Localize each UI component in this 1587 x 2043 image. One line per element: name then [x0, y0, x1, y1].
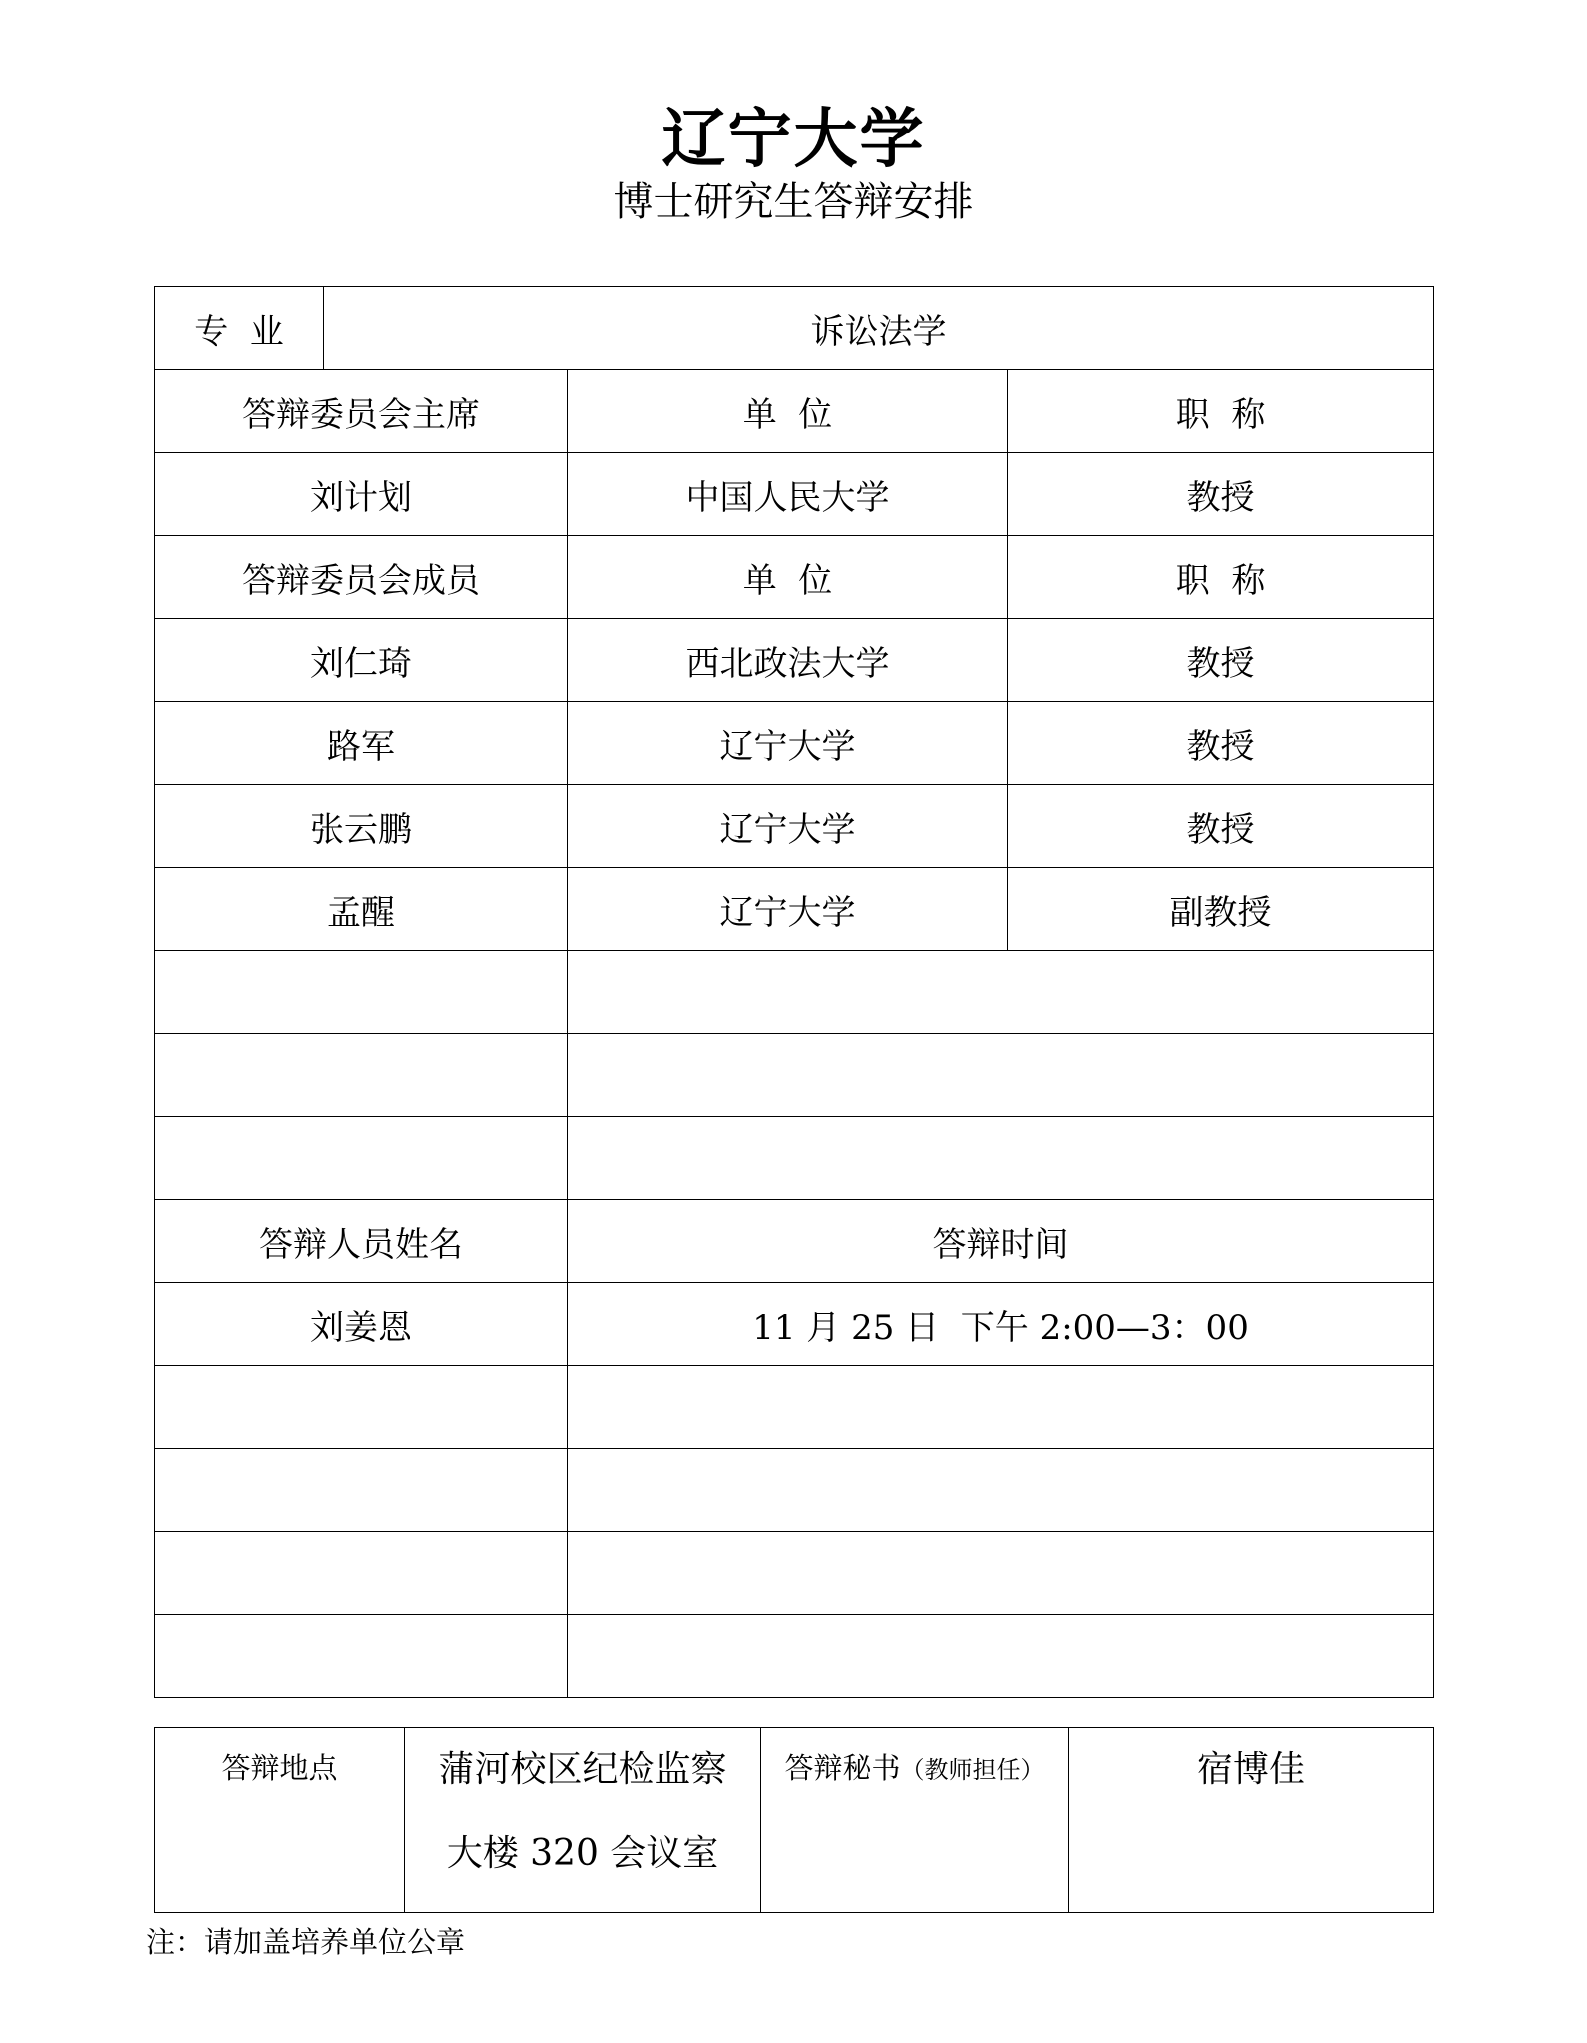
member-row: 路军 辽宁大学 教授	[155, 702, 1434, 785]
member-unit: 辽宁大学	[568, 702, 1008, 785]
defense-time: 11 月 25 日 下午 2:00—3：00	[568, 1283, 1434, 1366]
secretary-label-cell: 答辩秘书（教师担任）	[761, 1728, 1069, 1913]
location-line-2: 大楼 320 会议室	[406, 1812, 759, 1896]
chair-title: 教授	[1008, 453, 1434, 536]
candidate-row: 刘姜恩 11 月 25 日 下午 2:00—3：00	[155, 1283, 1434, 1366]
member-unit: 辽宁大学	[568, 868, 1008, 951]
empty-cell	[568, 1117, 1434, 1200]
member-row: 刘仁琦 西北政法大学 教授	[155, 619, 1434, 702]
chair-row: 刘计划 中国人民大学 教授	[155, 453, 1434, 536]
defense-time-header: 答辩时间	[568, 1200, 1434, 1283]
candidate-header-row: 答辩人员姓名 答辩时间	[155, 1200, 1434, 1283]
empty-cell	[568, 1615, 1434, 1698]
empty-cell	[155, 1366, 568, 1449]
member-name: 路军	[155, 702, 568, 785]
location-line-1: 蒲河校区纪检监察	[406, 1728, 759, 1812]
chair-unit: 中国人民大学	[568, 453, 1008, 536]
university-title: 辽宁大学	[0, 88, 1587, 180]
empty-cell	[568, 1532, 1434, 1615]
empty-cell	[568, 1366, 1434, 1449]
major-row: 专 业 诉讼法学	[155, 287, 1434, 370]
candidate-name-header: 答辩人员姓名	[155, 1200, 568, 1283]
chair-header-row: 答辩委员会主席 单 位 职 称	[155, 370, 1434, 453]
member-title: 副教授	[1008, 868, 1434, 951]
empty-row	[155, 1117, 1434, 1200]
candidate-name: 刘姜恩	[155, 1283, 568, 1366]
secretary-note: （教师担任）	[901, 1756, 1045, 1784]
empty-row	[155, 1366, 1434, 1449]
member-header: 答辩委员会成员	[155, 536, 568, 619]
empty-row	[155, 1532, 1434, 1615]
empty-cell	[155, 1034, 568, 1117]
member-name: 刘仁琦	[155, 619, 568, 702]
empty-row	[155, 1449, 1434, 1532]
member-unit: 辽宁大学	[568, 785, 1008, 868]
title-header: 职 称	[1008, 536, 1434, 619]
member-row: 孟醒 辽宁大学 副教授	[155, 868, 1434, 951]
empty-cell	[568, 951, 1434, 1034]
empty-cell	[155, 1117, 568, 1200]
empty-cell	[155, 1615, 568, 1698]
empty-cell	[155, 1532, 568, 1615]
member-title: 教授	[1008, 702, 1434, 785]
empty-row	[155, 951, 1434, 1034]
empty-cell	[568, 1034, 1434, 1117]
location-value: 蒲河校区纪检监察 大楼 320 会议室	[405, 1728, 761, 1913]
member-row: 张云鹏 辽宁大学 教授	[155, 785, 1434, 868]
member-title: 教授	[1008, 785, 1434, 868]
document-subtitle: 博士研究生答辩安排	[0, 170, 1587, 227]
chair-name: 刘计划	[155, 453, 568, 536]
title-header: 职 称	[1008, 370, 1434, 453]
member-unit: 西北政法大学	[568, 619, 1008, 702]
member-name: 张云鹏	[155, 785, 568, 868]
secretary-name: 宿博佳	[1069, 1728, 1434, 1913]
location-row: 答辩地点 蒲河校区纪检监察 大楼 320 会议室 答辩秘书（教师担任） 宿博佳	[155, 1728, 1434, 1913]
member-title: 教授	[1008, 619, 1434, 702]
footnote: 注：请加盖培养单位公章	[146, 1920, 465, 1961]
empty-row	[155, 1615, 1434, 1698]
empty-row	[155, 1034, 1434, 1117]
location-table: 答辩地点 蒲河校区纪检监察 大楼 320 会议室 答辩秘书（教师担任） 宿博佳	[154, 1727, 1434, 1913]
location-label: 答辩地点	[155, 1728, 405, 1913]
empty-cell	[155, 951, 568, 1034]
defense-schedule-table: 专 业 诉讼法学 答辩委员会主席 单 位 职 称 刘计划 中国人民大学 教授 答…	[154, 286, 1434, 1698]
major-label: 专 业	[155, 287, 324, 370]
secretary-label: 答辩秘书	[784, 1751, 900, 1785]
empty-cell	[568, 1449, 1434, 1532]
unit-header: 单 位	[568, 370, 1008, 453]
empty-cell	[155, 1449, 568, 1532]
major-value: 诉讼法学	[324, 287, 1434, 370]
member-name: 孟醒	[155, 868, 568, 951]
member-header-row: 答辩委员会成员 单 位 职 称	[155, 536, 1434, 619]
unit-header: 单 位	[568, 536, 1008, 619]
chair-header: 答辩委员会主席	[155, 370, 568, 453]
